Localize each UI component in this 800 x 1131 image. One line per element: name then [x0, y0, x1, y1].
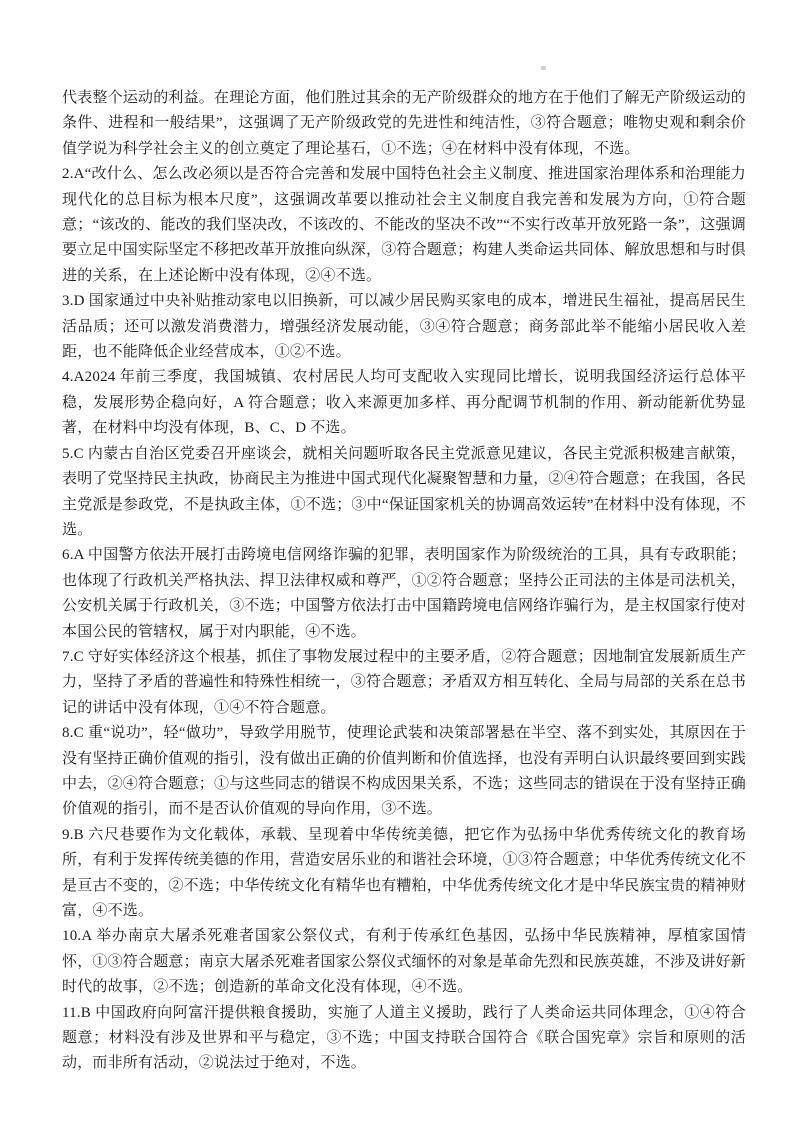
- document-page: 代表整个运动的利益。在理论方面，他们胜过其余的无产阶级群众的地方在于他们了解无产…: [0, 0, 800, 1131]
- answer-paragraph-3: 3.D 国家通过中央补贴推动家电以旧换新，可以减少居民购买家电的成本，增进民生福…: [62, 289, 746, 365]
- answer-paragraph-11: 11.B 中国政府向阿富汗提供粮食援助，实施了人道主义援助，践行了人类命运共同体…: [62, 1001, 746, 1077]
- answer-paragraph-10: 10.A 举办南京大屠杀死难者国家公祭仪式，有利于传承红色基因，弘扬中华民族精神…: [62, 924, 746, 1000]
- scan-artifact-dot: [541, 66, 546, 70]
- answer-explanations: 代表整个运动的利益。在理论方面，他们胜过其余的无产阶级群众的地方在于他们了解无产…: [62, 86, 746, 1077]
- answer-paragraph-8: 8.C 重“说功”，轻“做功”，导致学用脱节，使理论武装和决策部署悬在半空、落不…: [62, 721, 746, 823]
- answer-paragraph-5: 5.C 内蒙古自治区党委召开座谈会，就相关问题听取各民主党派意见建议，各民主党派…: [62, 442, 746, 544]
- answer-paragraph-4: 4.A2024 年前三季度，我国城镇、农村居民人均可支配收入实现同比增长，说明我…: [62, 365, 746, 441]
- answer-paragraph-2: 2.A“改什么、怎么改必须以是否符合完善和发展中国特色社会主义制度、推进国家治理…: [62, 162, 746, 289]
- answer-paragraph-1-continuation: 代表整个运动的利益。在理论方面，他们胜过其余的无产阶级群众的地方在于他们了解无产…: [62, 86, 746, 162]
- answer-paragraph-7: 7.C 守好实体经济这个根基，抓住了事物发展过程中的主要矛盾，②符合题意；因地制…: [62, 645, 746, 721]
- answer-paragraph-6: 6.A 中国警方依法开展打击跨境电信网络诈骗的犯罪，表明国家作为阶级统治的工具，…: [62, 543, 746, 645]
- answer-paragraph-9: 9.B 六尺巷要作为文化载体，承载、呈现着中华传统美德，把它作为弘扬中华优秀传统…: [62, 823, 746, 925]
